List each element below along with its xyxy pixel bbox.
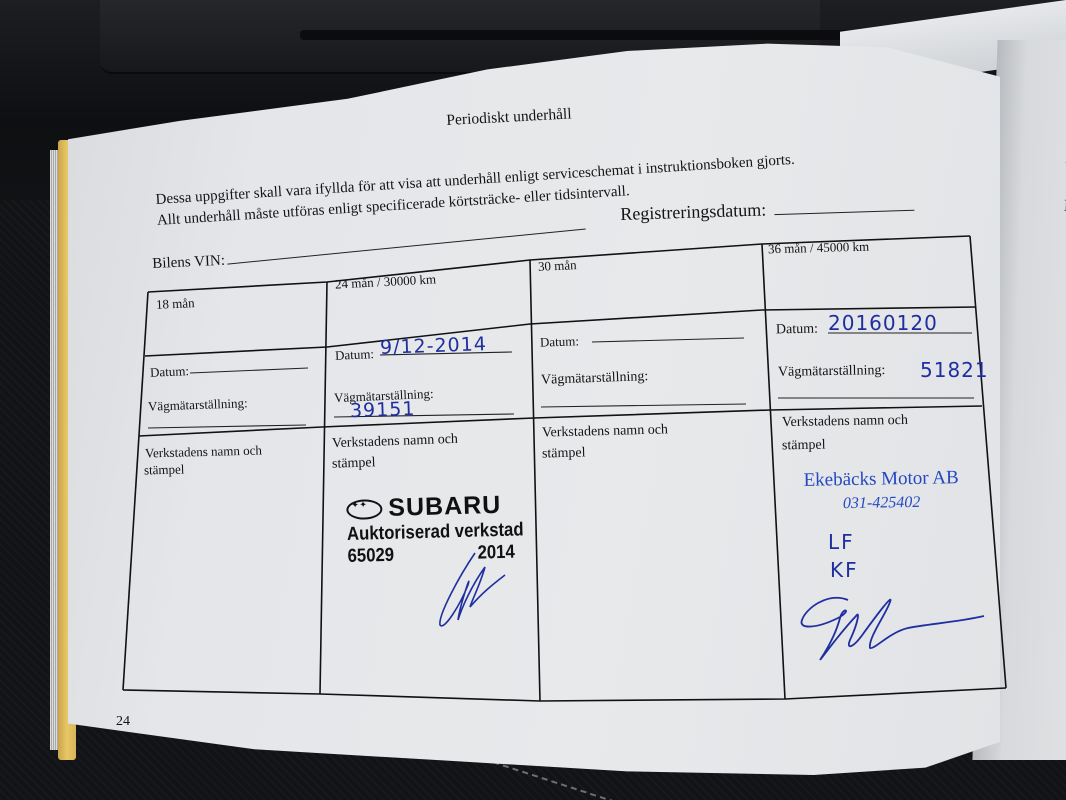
workshop-label-2: stämpel [144, 461, 185, 478]
workshop-label-2: stämpel [542, 445, 586, 462]
service-table: 18 mån Datum: Vägmätarställning: Verksta… [0, 0, 1066, 800]
signature-1 [430, 545, 510, 635]
workshop-label: Verkstadens namn och [542, 422, 668, 441]
date-label: Datum: [540, 333, 580, 350]
workshop-label-2: stämpel [782, 438, 826, 455]
ekebacks-dealer-stamp: Ekebäcks Motor AB 031-425402 [796, 467, 967, 514]
stamp-workshop-name: Ekebäcks Motor AB [796, 467, 966, 492]
page-number: 24 [116, 714, 130, 730]
workshop-label: Verkstadens namn och [145, 442, 262, 461]
service-record-page: Periodiskt underhåll Dessa uppgifter ska… [0, 0, 1066, 800]
date-label: Datum: [335, 346, 375, 364]
odometer-label: Vägmätarställning: [778, 363, 886, 381]
interval-30-months: 30 mån [538, 257, 577, 275]
subaru-logo-icon [346, 499, 383, 520]
handwritten-initials-2: KF [830, 558, 859, 582]
interval-36-months: 36 mån / 45000 km [768, 239, 869, 258]
workshop-label-2: stämpel [332, 455, 376, 473]
date-label: Datum: [776, 322, 818, 339]
handwritten-odometer: 51821 [920, 358, 989, 382]
stamp-workshop-phone: 031-425402 [796, 493, 966, 514]
handwritten-odometer: 39151 [350, 398, 416, 422]
workshop-label: Verkstadens namn och [782, 413, 908, 431]
signature-2 [798, 588, 998, 668]
handwritten-initials-1: LF [828, 530, 855, 554]
stamp-dealer-number: 65029 [347, 545, 394, 568]
stamp-brand: SUBARU [388, 491, 502, 523]
handwritten-date: 20160120 [828, 311, 938, 335]
interval-18-months: 18 mån [156, 295, 195, 313]
handwritten-date: 9/12-2014 [380, 333, 488, 359]
date-label: Datum: [150, 363, 190, 381]
